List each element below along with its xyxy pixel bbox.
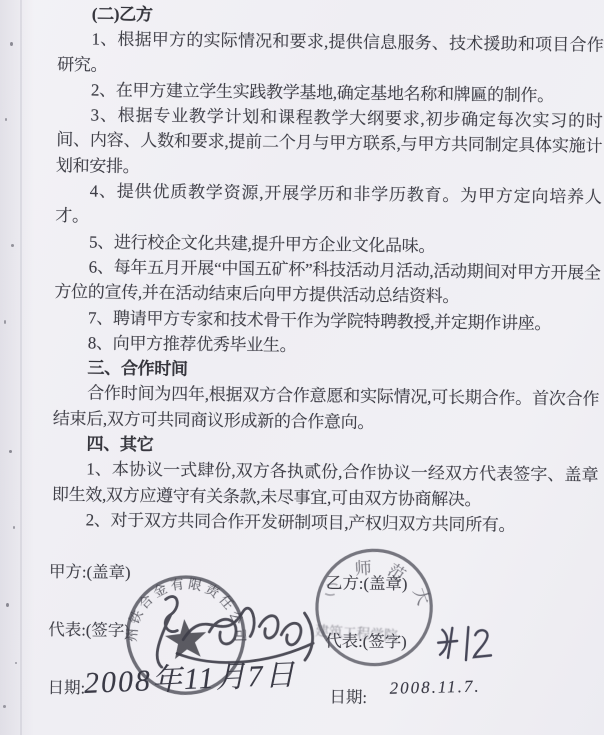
clause-b1: 1、根据甲方的实际情况和要求,提供信息服务、技术援助和项目合作研究。 (57, 26, 604, 83)
clause-b4: 4、提供优质教学资源,开展学历和非学历教育。为甲方定向培养人才。 (55, 178, 602, 235)
clause-o1: 1、本协议一式肆份,双方各执贰份,合作协议一经双方代表签字、盖章即生效,双方应遵… (52, 456, 599, 513)
party-a-date-label: 日期: (47, 674, 85, 698)
scanned-agreement-page: (二)乙方 1、根据甲方的实际情况和要求,提供信息服务、技术援助和项目合作研究。… (0, 0, 604, 735)
clause-b6: 6、每年五月开展“中国五矿杯”科技活动月活动,活动期间对甲方开展全方位的宣传,并… (54, 254, 601, 311)
party-a-date-handwritten: 2008年11月7日 (83, 649, 297, 702)
party-b-date-label: 日期: (329, 683, 367, 707)
party-a-rep-label: 代表:(签字) (48, 616, 130, 641)
party-b-date-handwritten: 2008.11.7. (389, 677, 480, 699)
document-body: (二)乙方 1、根据甲方的实际情况和要求,提供信息服务、技术援助和项目合作研究。… (51, 1, 603, 539)
signature-block: 甲方:(盖章) 代表:(签字) 日期: 乙方:(盖章) 代表:(签字) 日期: … (0, 531, 597, 735)
party-b-signature-scribble (432, 622, 498, 665)
section3-body: 合作时间为四年,根据双方合作意愿和实际情况,可长期合作。首次合作结束后,双方可共… (53, 380, 600, 437)
clause-b3: 3、根据专业教学计划和课程教学大纲要求,初步确定每次实习的时间、内容、人数和要求… (56, 102, 603, 185)
